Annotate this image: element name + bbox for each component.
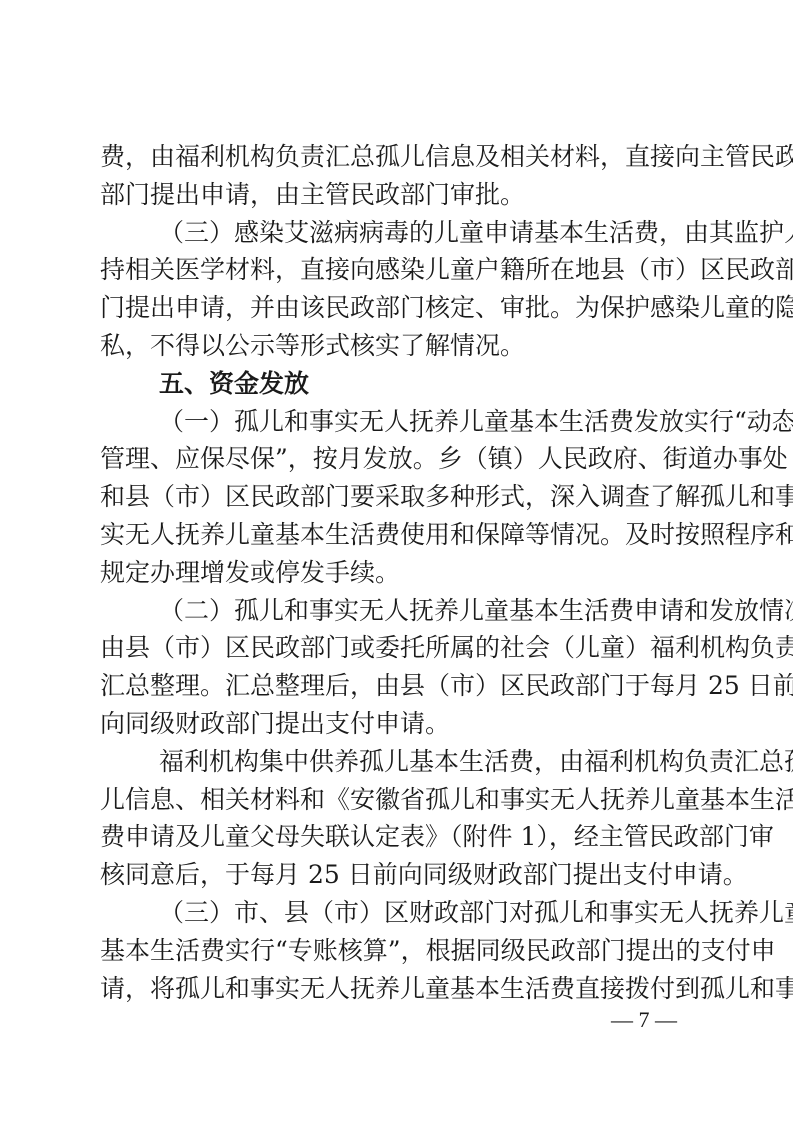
paragraph-start-line: （一）孤儿和事实无人抚养儿童基本生活费发放实行“动态 — [100, 403, 694, 441]
text-line: 管理、应保尽保”，按月发放。乡（镇）人民政府、街道办事处 — [100, 440, 694, 478]
text-line: 汇总整理。汇总整理后，由县（市）区民政部门于每月 25 日前 — [100, 667, 694, 705]
paragraph-start-line: （三）市、县（市）区财政部门对孤儿和事实无人抚养儿童 — [100, 894, 694, 932]
text-line: 和县（市）区民政部门要采取多种形式，深入调查了解孤儿和事 — [100, 478, 694, 516]
text-line: 规定办理增发或停发手续。 — [100, 554, 694, 592]
paragraph-start-line: 福利机构集中供养孤儿基本生活费，由福利机构负责汇总孤 — [100, 743, 694, 781]
text-line: 部门提出申请，由主管民政部门审批。 — [100, 176, 694, 214]
text-line: 请，将孤儿和事实无人抚养儿童基本生活费直接拨付到孤儿和事 — [100, 970, 694, 1008]
text-line: 由县（市）区民政部门或委托所属的社会（儿童）福利机构负责 — [100, 629, 694, 667]
section-heading: 五、资金发放 — [100, 365, 694, 403]
text-line: 实无人抚养儿童基本生活费使用和保障等情况。及时按照程序和 — [100, 516, 694, 554]
document-body: 费，由福利机构负责汇总孤儿信息及相关材料，直接向主管民政 部门提出申请，由主管民… — [100, 138, 694, 1007]
document-page: 费，由福利机构负责汇总孤儿信息及相关材料，直接向主管民政 部门提出申请，由主管民… — [0, 0, 793, 1122]
text-line: 持相关医学材料，直接向感染儿童户籍所在地县（市）区民政部 — [100, 251, 694, 289]
text-line: 核同意后，于每月 25 日前向同级财政部门提出支付申请。 — [100, 856, 694, 894]
paragraph-start-line: （三）感染艾滋病病毒的儿童申请基本生活费，由其监护人 — [100, 214, 694, 252]
page-number: — 7 — — [604, 1004, 684, 1036]
text-line: 费申请及儿童父母失联认定表》（附件 1），经主管民政部门审 — [100, 818, 694, 856]
text-line: 向同级财政部门提出支付申请。 — [100, 705, 694, 743]
text-line: 基本生活费实行“专账核算”，根据同级民政部门提出的支付申 — [100, 932, 694, 970]
text-line: 私，不得以公示等形式核实了解情况。 — [100, 327, 694, 365]
text-line: 门提出申请，并由该民政部门核定、审批。为保护感染儿童的隐 — [100, 289, 694, 327]
text-line: 儿信息、相关材料和《安徽省孤儿和事实无人抚养儿童基本生活 — [100, 781, 694, 819]
text-line: 费，由福利机构负责汇总孤儿信息及相关材料，直接向主管民政 — [100, 138, 694, 176]
paragraph-start-line: （二）孤儿和事实无人抚养儿童基本生活费申请和发放情况 — [100, 592, 694, 630]
